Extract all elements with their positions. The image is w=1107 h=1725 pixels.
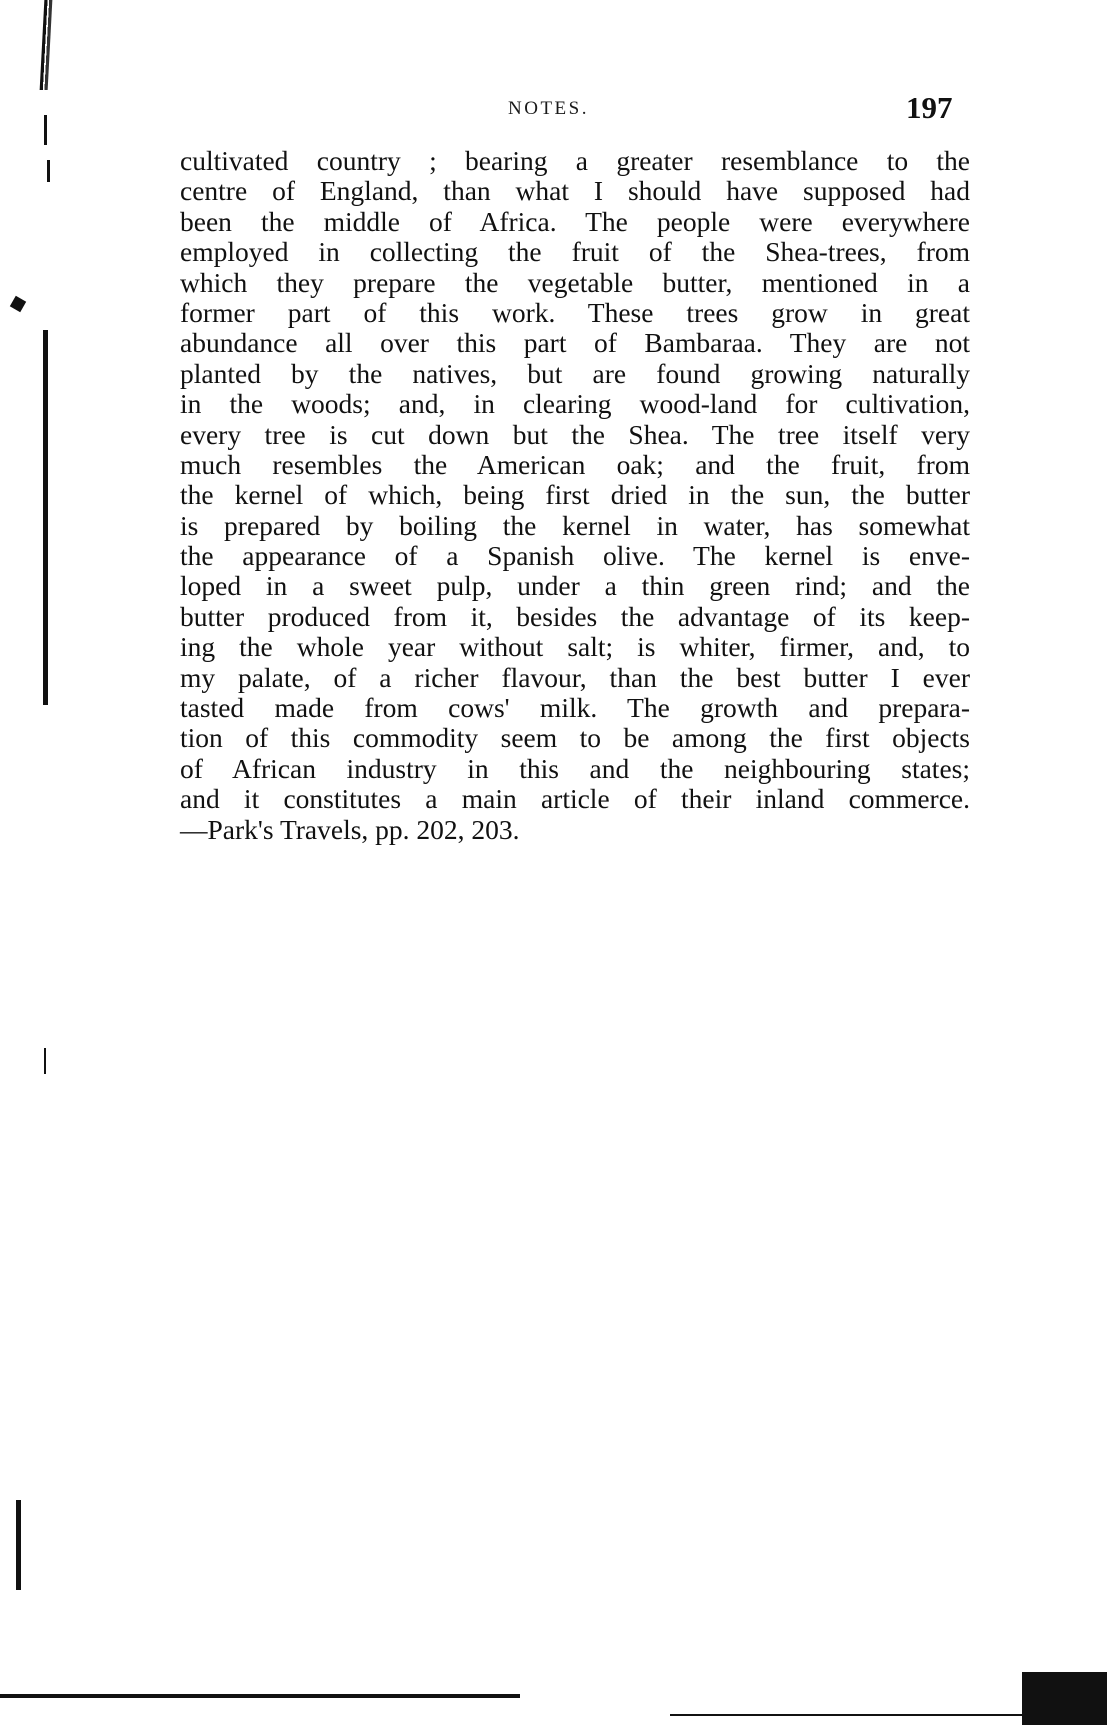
text-line: butter produced from it, besides the adv… [180,602,970,632]
text-line: been the middle of Africa. The people we… [180,207,970,237]
running-title: NOTES. [508,98,589,120]
text-line: ing the whole year without salt; is whit… [180,632,970,662]
text-line: loped in a sweet pulp, under a thin gree… [180,571,970,601]
scan-bottom-edge [0,1692,520,1698]
notes-paragraph: cultivated country ; bearing a greater r… [180,146,970,845]
text-line: employed in collecting the fruit of the … [180,237,970,267]
text-line: which they prepare the vegetable butter,… [180,268,970,298]
book-page: NOTES. 197 cultivated country ; bearing … [0,0,1107,1725]
text-line: planted by the natives, but are found gr… [180,359,970,389]
text-line: cultivated country ; bearing a greater r… [180,146,970,176]
citation-line: —Park's Travels, pp. 202, 203. [180,815,970,845]
page-number: 197 [906,90,953,126]
scan-corner-artifact [1022,1672,1107,1725]
running-head: NOTES. 197 [0,96,1107,126]
text-line: tasted made from cows' milk. The growth … [180,693,970,723]
text-line: tion of this commodity seem to be among … [180,723,970,753]
scan-mark-artifact [10,296,26,312]
text-line: my palate, of a richer flavour, than the… [180,663,970,693]
scan-bottom-edge [670,1714,1030,1716]
text-line: much resembles the American oak; and the… [180,450,970,480]
scan-edge-artifact [16,1500,21,1590]
text-line: former part of this work. These trees gr… [180,298,970,328]
text-line: the appearance of a Spanish olive. The k… [180,541,970,571]
scan-edge-artifact [44,1048,46,1074]
text-line: and it constitutes a main article of the… [180,784,970,814]
text-line: every tree is cut down but the Shea. The… [180,420,970,450]
text-line: of African industry in this and the neig… [180,754,970,784]
scan-edge-artifact [40,0,53,90]
text-line: abundance all over this part of Bambaraa… [180,328,970,358]
text-line: is prepared by boiling the kernel in wat… [180,511,970,541]
text-line: in the woods; and, in clearing wood-land… [180,389,970,419]
text-line: centre of England, than what I should ha… [180,176,970,206]
text-line: the kernel of which, being first dried i… [180,480,970,510]
scan-edge-artifact [43,330,48,705]
scan-edge-artifact [47,160,50,182]
